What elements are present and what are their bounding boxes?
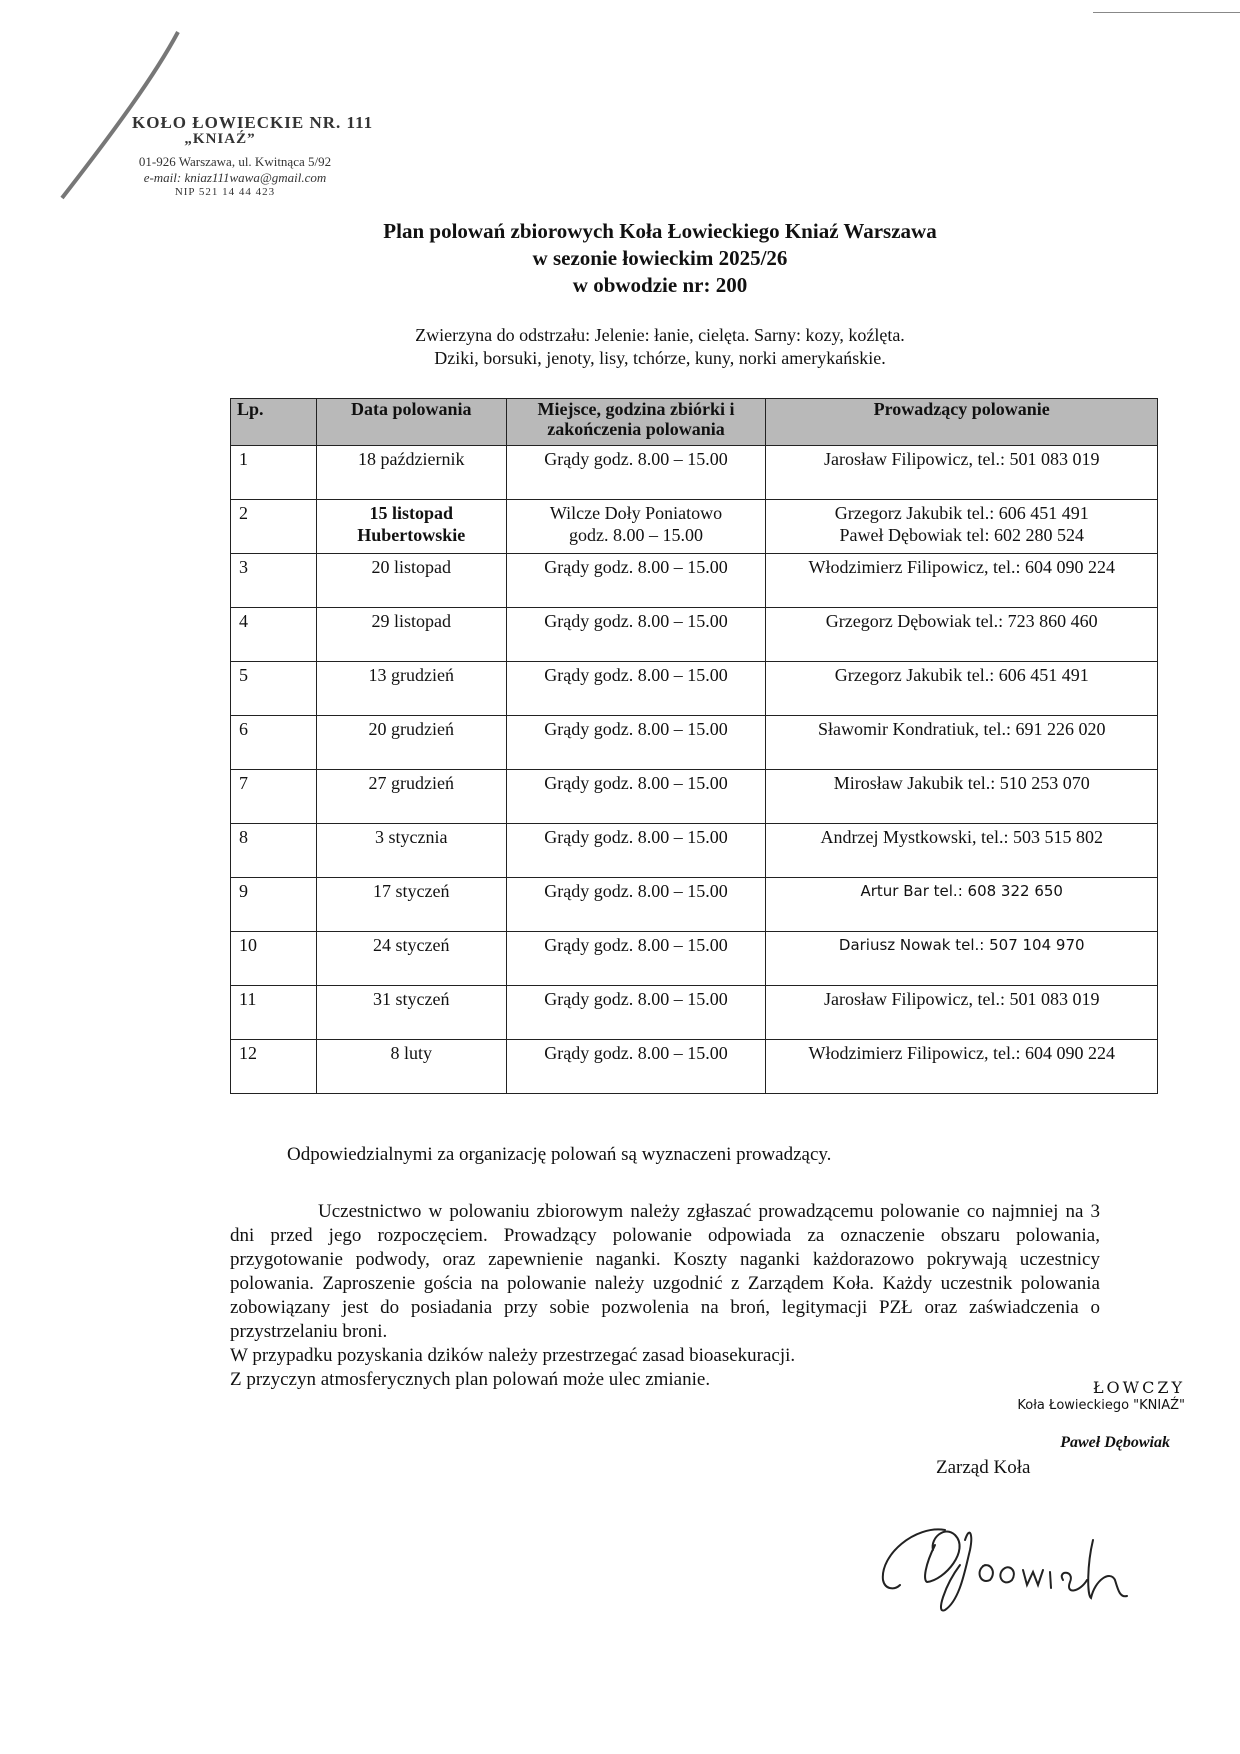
cell-lp: 6 xyxy=(231,716,317,770)
cell-lp: 10 xyxy=(231,932,317,986)
table-row: 620 grudzieńGrądy godz. 8.00 – 15.00Sław… xyxy=(231,716,1158,770)
header-leader: Prowadzący polowanie xyxy=(766,399,1158,446)
rules-weather-text: Z przyczyn atmosferycznych plan polowań … xyxy=(230,1368,1100,1392)
scan-edge-line xyxy=(1093,12,1240,13)
cell-date: 27 grudzień xyxy=(317,770,507,824)
cell-place: Wilcze Doły Poniatowogodz. 8.00 – 15.00 xyxy=(506,500,766,554)
cell-place: Grądy godz. 8.00 – 15.00 xyxy=(506,716,766,770)
cell-date: 20 grudzień xyxy=(317,716,507,770)
signature-icon xyxy=(875,1510,1175,1620)
cell-lp: 11 xyxy=(231,986,317,1040)
cell-lp: 7 xyxy=(231,770,317,824)
cell-lp: 8 xyxy=(231,824,317,878)
stamp-nip: NIP 521 14 44 423 xyxy=(40,186,410,198)
rules-asf-text: W przypadku pozyskania dzików należy prz… xyxy=(230,1344,1100,1368)
cell-leader: Mirosław Jakubik tel.: 510 253 070 xyxy=(766,770,1158,824)
cell-date: 24 styczeń xyxy=(317,932,507,986)
rules-main-text: Uczestnictwo w polowaniu zbiorowym należ… xyxy=(230,1200,1100,1344)
cell-leader: Jarosław Filipowicz, tel.: 501 083 019 xyxy=(766,986,1158,1040)
cell-date: 13 grudzień xyxy=(317,662,507,716)
cell-place: Grądy godz. 8.00 – 15.00 xyxy=(506,824,766,878)
cell-lp: 3 xyxy=(231,554,317,608)
cell-leader: Andrzej Mystkowski, tel.: 503 515 802 xyxy=(766,824,1158,878)
cell-leader: Dariusz Nowak tel.: 507 104 970 xyxy=(766,932,1158,986)
lowczy-name: Paweł Dębowiak xyxy=(1000,1434,1170,1452)
table-row: 128 lutyGrądy godz. 8.00 – 15.00Włodzimi… xyxy=(231,1040,1158,1094)
club-stamp: KOŁO ŁOWIECKIE NR. 111 „KNIAŹ” 01-926 Wa… xyxy=(120,113,410,198)
cell-date: 18 październik xyxy=(317,446,507,500)
table-row: 917 styczeńGrądy godz. 8.00 – 15.00Artur… xyxy=(231,878,1158,932)
table-row: 1131 styczeńGrądy godz. 8.00 – 15.00Jaro… xyxy=(231,986,1158,1040)
table-row: 320 listopadGrądy godz. 8.00 – 15.00Włod… xyxy=(231,554,1158,608)
cell-place: Grądy godz. 8.00 – 15.00 xyxy=(506,446,766,500)
cell-lp: 2 xyxy=(231,500,317,554)
cell-date: 29 listopad xyxy=(317,608,507,662)
cell-leader: Sławomir Kondratiuk, tel.: 691 226 020 xyxy=(766,716,1158,770)
cell-place: Grądy godz. 8.00 – 15.00 xyxy=(506,932,766,986)
cell-place: Grądy godz. 8.00 – 15.00 xyxy=(506,986,766,1040)
cell-place: Grądy godz. 8.00 – 15.00 xyxy=(506,608,766,662)
cell-lp: 5 xyxy=(231,662,317,716)
cell-date: 3 stycznia xyxy=(317,824,507,878)
cell-place: Grądy godz. 8.00 – 15.00 xyxy=(506,878,766,932)
cell-place: Grądy godz. 8.00 – 15.00 xyxy=(506,662,766,716)
table-row: 1024 styczeńGrądy godz. 8.00 – 15.00Dari… xyxy=(231,932,1158,986)
game-list: Zwierzyna do odstrzału: Jelenie: łanie, … xyxy=(300,324,1020,370)
header-place: Miejsce, godzina zbiórki i zakończenia p… xyxy=(506,399,766,446)
stamp-address: 01-926 Warszawa, ul. Kwitnąca 5/92 xyxy=(60,154,410,170)
game-list-line-2: Dziki, borsuki, jenoty, lisy, tchórze, k… xyxy=(300,347,1020,370)
lowczy-title: ŁOWCZY xyxy=(1000,1378,1185,1397)
document-title: Plan polowań zbiorowych Koła Łowieckiego… xyxy=(300,218,1020,299)
cell-leader: Grzegorz Jakubik tel.: 606 451 491Paweł … xyxy=(766,500,1158,554)
header-lp: Lp. xyxy=(231,399,317,446)
cell-leader: Jarosław Filipowicz, tel.: 501 083 019 xyxy=(766,446,1158,500)
cell-date: 31 styczeń xyxy=(317,986,507,1040)
cell-date: 8 luty xyxy=(317,1040,507,1094)
table-row: 727 grudzieńGrądy godz. 8.00 – 15.00Miro… xyxy=(231,770,1158,824)
cell-lp: 1 xyxy=(231,446,317,500)
stamp-email: e-mail: kniaz111wawa@gmail.com xyxy=(60,170,410,186)
cell-lp: 9 xyxy=(231,878,317,932)
cell-date: 20 listopad xyxy=(317,554,507,608)
title-line-2: w sezonie łowieckim 2025/26 xyxy=(300,245,1020,272)
cell-place: Grądy godz. 8.00 – 15.00 xyxy=(506,554,766,608)
table-header-row: Lp. Data polowania Miejsce, godzina zbió… xyxy=(231,399,1158,446)
cell-date: 17 styczeń xyxy=(317,878,507,932)
cell-place: Grądy godz. 8.00 – 15.00 xyxy=(506,1040,766,1094)
hunt-schedule-table: Lp. Data polowania Miejsce, godzina zbió… xyxy=(230,398,1158,1094)
responsibility-note: Odpowiedzialnymi za organizację polowań … xyxy=(287,1144,831,1166)
lowczy-club: Koła Łowieckiego "KNIAŹ" xyxy=(990,1398,1185,1413)
title-line-1: Plan polowań zbiorowych Koła Łowieckiego… xyxy=(300,218,1020,245)
cell-place: Grądy godz. 8.00 – 15.00 xyxy=(506,770,766,824)
table-row: 83 styczniaGrądy godz. 8.00 – 15.00Andrz… xyxy=(231,824,1158,878)
table-row: 429 listopadGrądy godz. 8.00 – 15.00Grze… xyxy=(231,608,1158,662)
table-row: 118 październikGrądy godz. 8.00 – 15.00J… xyxy=(231,446,1158,500)
cell-lp: 4 xyxy=(231,608,317,662)
cell-leader: Artur Bar tel.: 608 322 650 xyxy=(766,878,1158,932)
game-list-line-1: Zwierzyna do odstrzału: Jelenie: łanie, … xyxy=(300,324,1020,347)
board-label: Zarząd Koła xyxy=(936,1457,1030,1479)
stamp-club-name: KOŁO ŁOWIECKIE NR. 111 xyxy=(132,113,410,133)
cell-leader: Włodzimierz Filipowicz, tel.: 604 090 22… xyxy=(766,1040,1158,1094)
table-row: 215 listopadHubertowskieWilcze Doły Poni… xyxy=(231,500,1158,554)
header-date: Data polowania xyxy=(317,399,507,446)
cell-leader: Grzegorz Jakubik tel.: 606 451 491 xyxy=(766,662,1158,716)
rules-paragraph: Uczestnictwo w polowaniu zbiorowym należ… xyxy=(230,1200,1100,1392)
stamp-club-nickname: „KNIAŹ” xyxy=(30,131,410,148)
cell-date: 15 listopadHubertowskie xyxy=(317,500,507,554)
cell-leader: Grzegorz Dębowiak tel.: 723 860 460 xyxy=(766,608,1158,662)
cell-lp: 12 xyxy=(231,1040,317,1094)
cell-leader: Włodzimierz Filipowicz, tel.: 604 090 22… xyxy=(766,554,1158,608)
title-line-3: w obwodzie nr: 200 xyxy=(300,272,1020,299)
table-row: 513 grudzieńGrądy godz. 8.00 – 15.00Grze… xyxy=(231,662,1158,716)
